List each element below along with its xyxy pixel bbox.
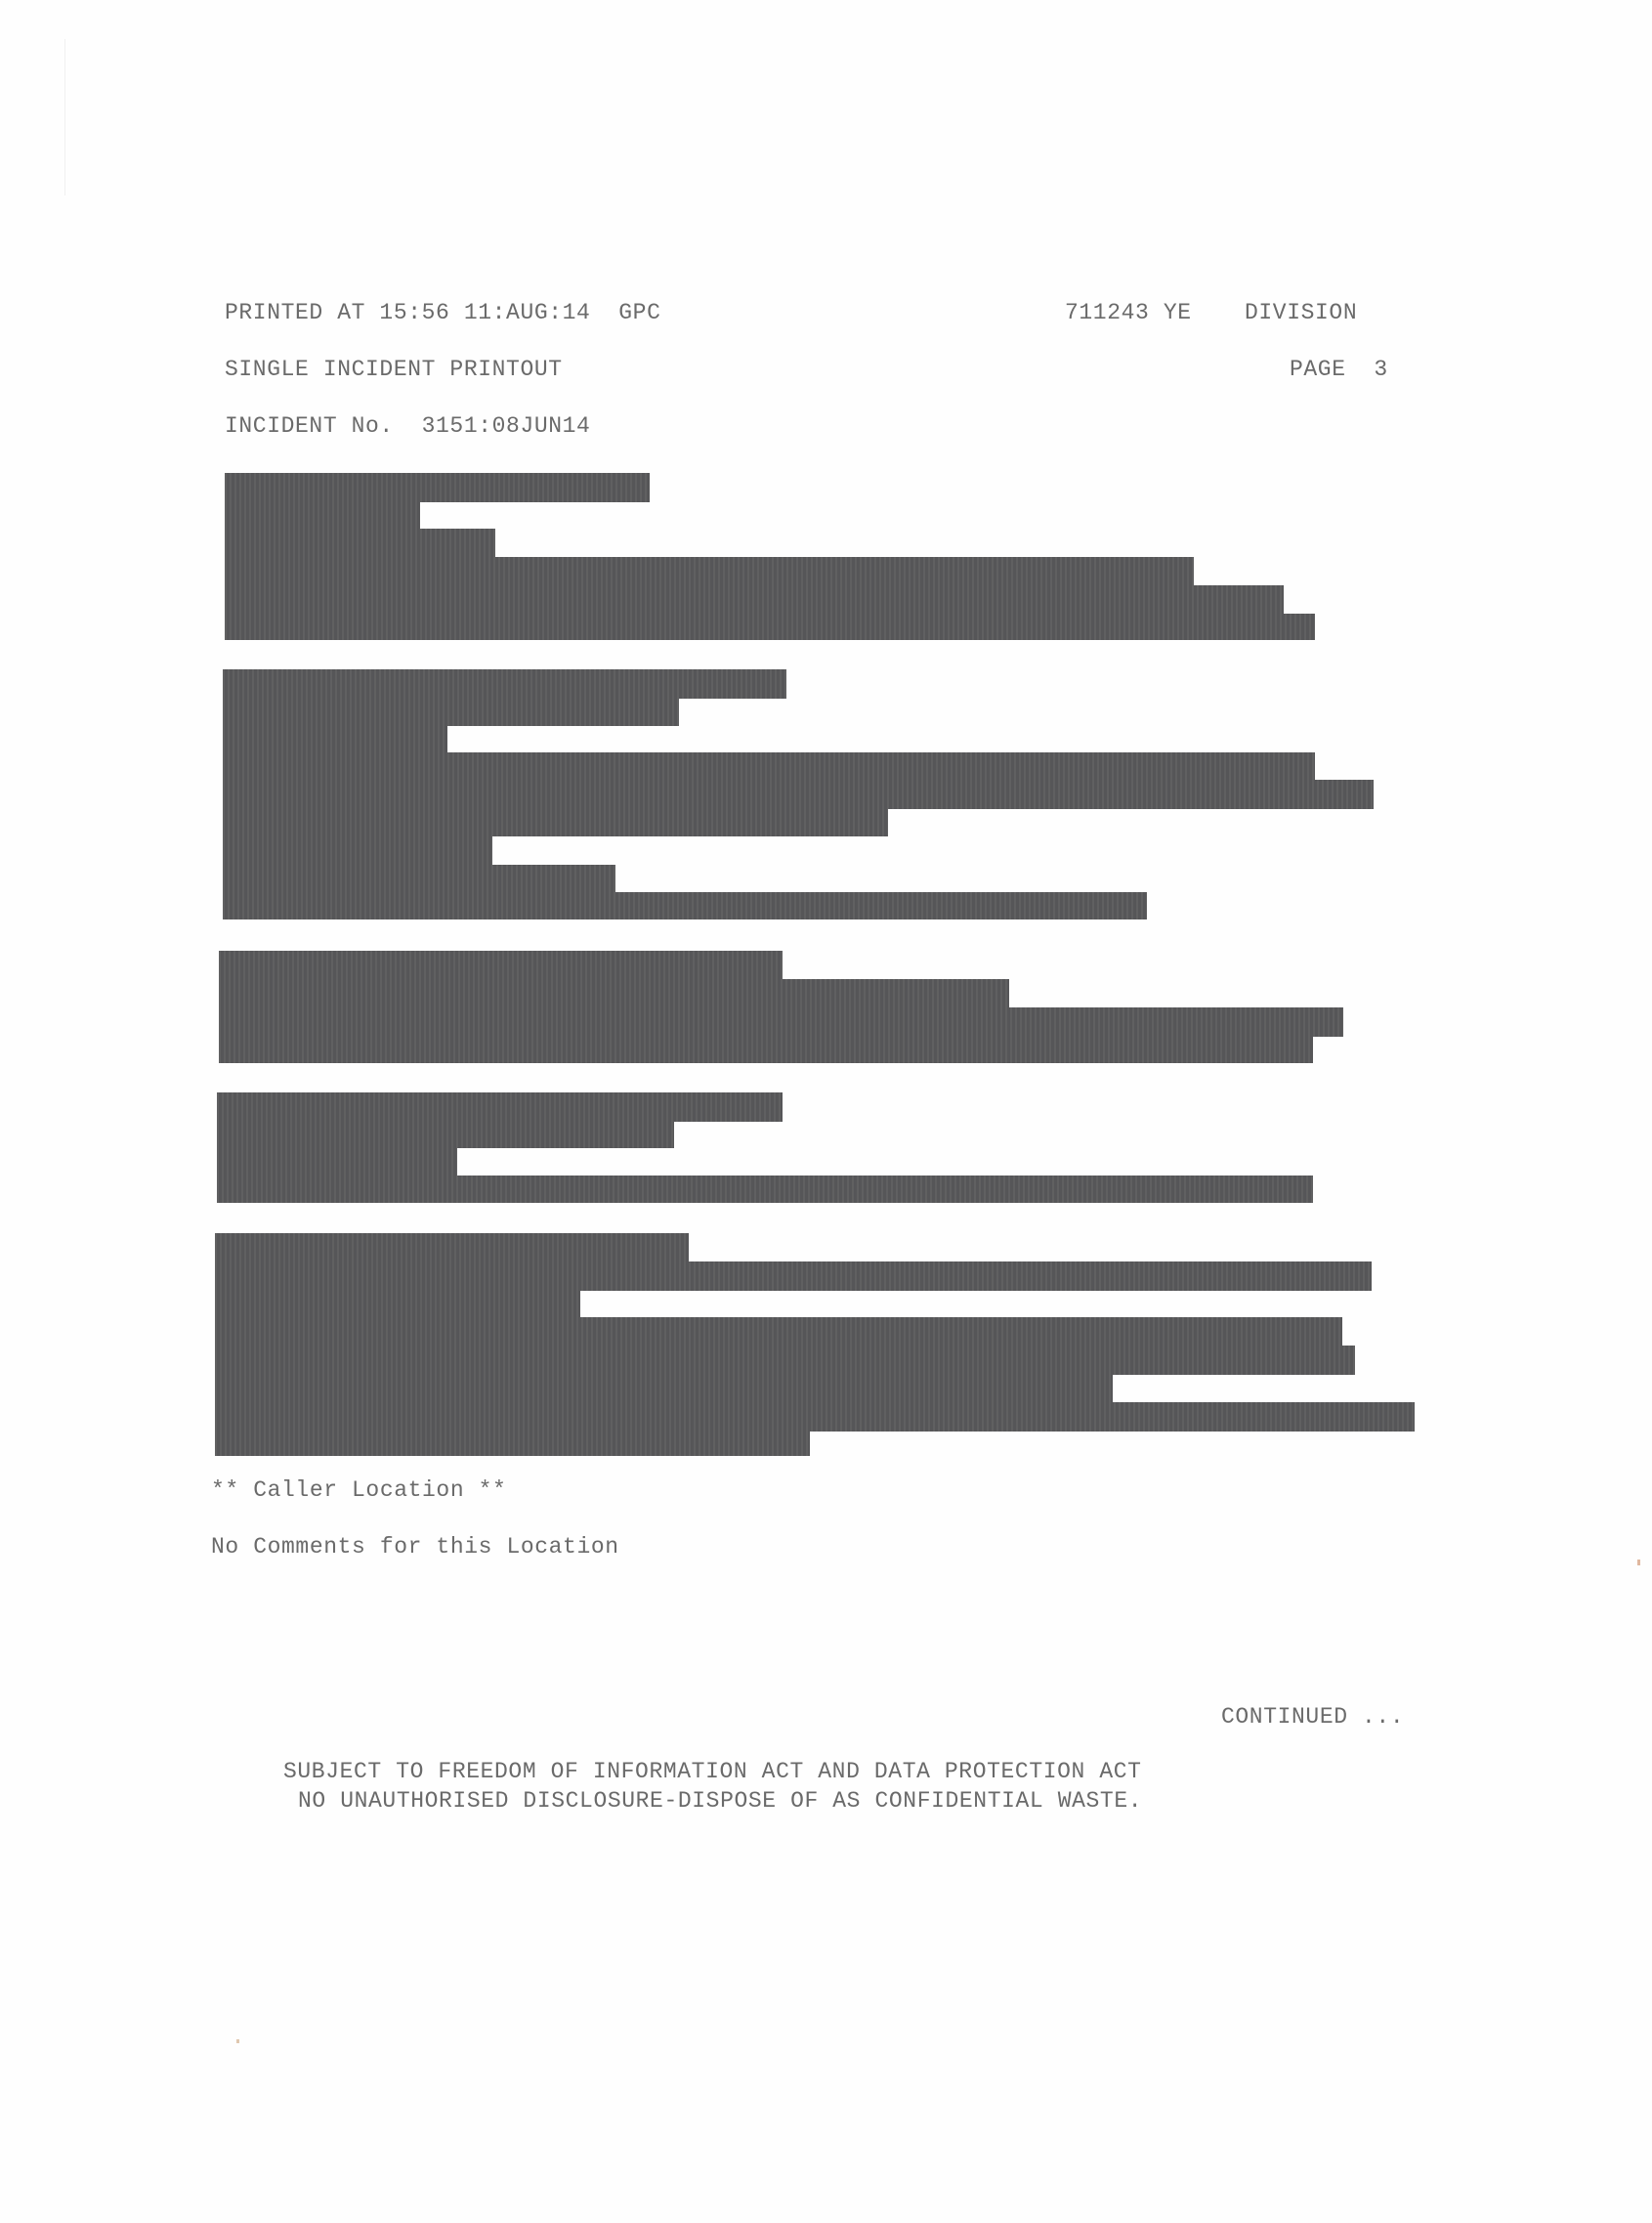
scan-speck <box>236 2039 239 2043</box>
redaction-bar <box>215 1289 580 1318</box>
redaction-bar <box>215 1346 1355 1375</box>
disposal-notice: NO UNAUTHORISED DISCLOSURE-DISPOSE OF AS… <box>298 1787 1142 1815</box>
redaction-bar <box>223 752 1315 782</box>
division-label: DIVISION <box>1245 299 1357 326</box>
location-comments: No Comments for this Location <box>211 1533 619 1560</box>
redaction-bar <box>225 473 650 502</box>
redaction-bar <box>219 951 783 980</box>
foi-notice: SUBJECT TO FREEDOM OF INFORMATION ACT AN… <box>283 1758 1142 1785</box>
redaction-bar <box>215 1431 810 1456</box>
redaction-bar <box>225 614 1315 640</box>
redaction-bar <box>225 499 420 529</box>
redaction-bar <box>225 529 495 558</box>
redaction-bar <box>223 697 679 726</box>
redaction-bar <box>215 1261 1372 1291</box>
scan-speck <box>1637 1560 1640 1565</box>
caller-location-heading: ** Caller Location ** <box>211 1476 506 1504</box>
redaction-bar <box>225 557 1194 586</box>
redaction-bar <box>215 1233 689 1262</box>
redaction-bar <box>217 1147 457 1176</box>
continued-marker: CONTINUED ... <box>1221 1703 1404 1731</box>
redaction-bar <box>217 1092 783 1122</box>
redaction-bar <box>223 807 888 836</box>
page-number: PAGE 3 <box>1290 356 1388 383</box>
document-title: SINGLE INCIDENT PRINTOUT <box>225 356 563 383</box>
printed-at-line: PRINTED AT 15:56 11:AUG:14 GPC <box>225 299 660 326</box>
redaction-bar <box>219 979 1009 1008</box>
redaction-bar <box>217 1119 674 1148</box>
scan-edge <box>64 39 65 195</box>
redaction-bar <box>223 724 447 753</box>
redaction-bar <box>223 892 1147 919</box>
incident-number: INCIDENT No. 3151:08JUN14 <box>225 412 590 440</box>
redaction-bar <box>215 1402 1415 1432</box>
redaction-bar <box>223 835 492 865</box>
redaction-bar <box>223 780 1374 809</box>
redaction-bar <box>223 669 786 699</box>
redaction-bar <box>219 1036 1313 1063</box>
document-page: PRINTED AT 15:56 11:AUG:14 GPC 711243 YE… <box>0 0 1652 2223</box>
redaction-bar <box>223 865 615 894</box>
redaction-bar <box>215 1374 1113 1403</box>
redaction-bar <box>215 1317 1342 1347</box>
redaction-bar <box>217 1176 1313 1203</box>
redaction-bar <box>225 585 1284 615</box>
redaction-bar <box>219 1007 1343 1037</box>
reference-number: 711243 YE <box>1065 299 1192 326</box>
